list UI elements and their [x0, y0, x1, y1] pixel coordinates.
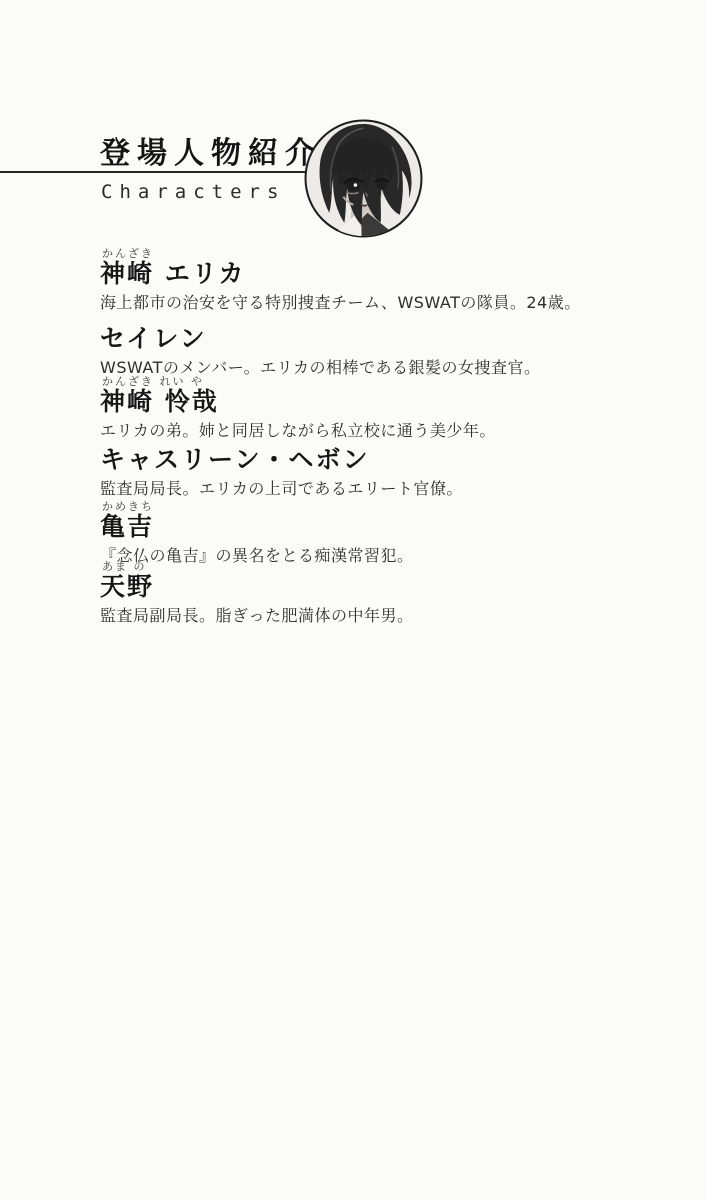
character-entry: あま の 天野 監査局副局長。脂ぎった肥満体の中年男。 [100, 561, 680, 627]
character-entry: セイレン WSWATのメンバー。エリカの相棒である銀髪の女捜査官。 [100, 325, 680, 379]
character-entry: かんざき れい や 神崎 怜哉 エリカの弟。姉と同居しながら私立校に通う美少年。 [100, 376, 680, 442]
character-description: 監査局局長。エリカの上司であるエリート官僚。 [100, 478, 680, 500]
character-description: 海上都市の治安を守る特別捜査チーム、WSWATの隊員。24歳。 [100, 292, 680, 314]
furigana: かめきち [100, 501, 680, 513]
character-name: キャスリーン・ヘボン [100, 446, 680, 474]
character-name: セイレン [100, 325, 680, 353]
character-name: 神崎 怜哉 [100, 388, 680, 416]
portrait-illustration [303, 118, 424, 239]
character-description: 監査局副局長。脂ぎった肥満体の中年男。 [100, 605, 680, 627]
character-name: 天野 [100, 573, 680, 601]
character-entry: かめきち 亀吉 『念仏の亀吉』の異名をとる痴漢常習犯。 [100, 501, 680, 567]
character-name: 神崎 エリカ [100, 260, 680, 288]
title-divider [0, 171, 305, 173]
page-title: 登場人物紹介 [100, 137, 322, 171]
character-portrait-image [303, 118, 424, 239]
book-page: 登場人物紹介 Characters [0, 0, 707, 1200]
character-entry: かんざき 神崎 エリカ 海上都市の治安を守る特別捜査チーム、WSWATの隊員。2… [100, 248, 680, 314]
character-entry: キャスリーン・ヘボン 監査局局長。エリカの上司であるエリート官僚。 [100, 446, 680, 500]
page-subtitle: Characters [101, 180, 285, 204]
character-description: エリカの弟。姉と同居しながら私立校に通う美少年。 [100, 420, 680, 442]
furigana: あま の [100, 561, 680, 573]
character-name: 亀吉 [100, 513, 680, 541]
